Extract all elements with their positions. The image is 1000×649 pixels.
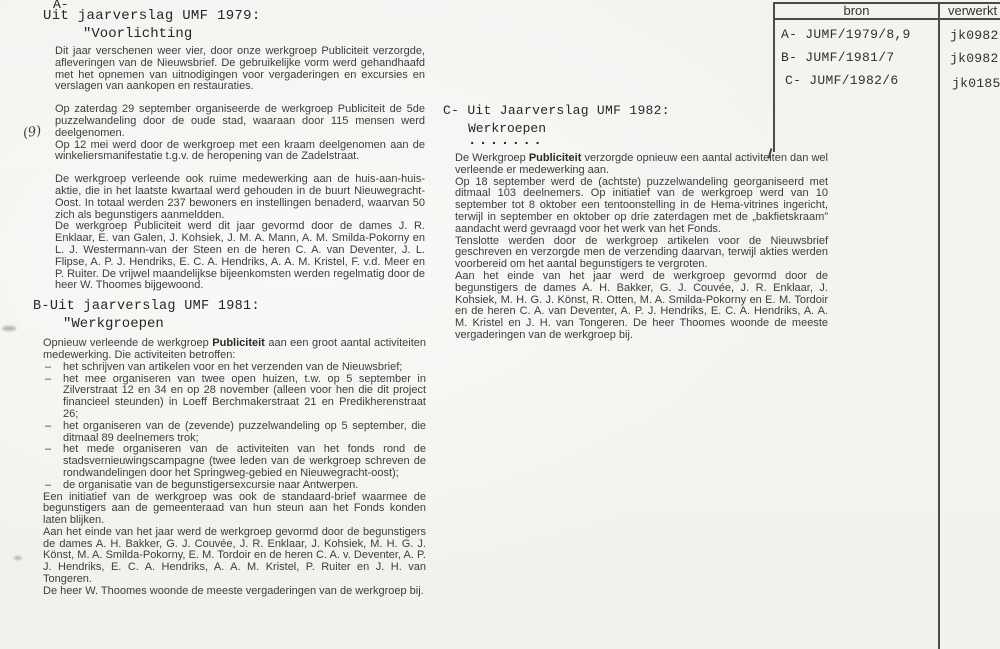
- section-a-title: Uit jaarverslag UMF 1979:: [43, 8, 426, 24]
- table-row-a-verwerkt: jk0982: [950, 28, 999, 43]
- list-item: – de organisatie van de begunstigersexcu…: [43, 480, 426, 492]
- handwritten-margin-note: (9): [22, 124, 43, 142]
- table-row-a-bron: A- JUMF/1979/8,9: [781, 27, 911, 42]
- paragraph: Op 12 mei werd door de werkgroep met een…: [55, 140, 425, 164]
- section-c-title: C- Uit Jaarverslag UMF 1982:: [443, 103, 830, 118]
- section-b-title: B-Uit jaarverslag UMF 1981:: [33, 299, 426, 314]
- list-item: – het mee organiseren van twee open huiz…: [43, 374, 426, 421]
- section-c-body: De Werkgroep Publiciteit verzorgde opnie…: [455, 153, 828, 342]
- left-text-column: A- Uit jaarverslag UMF 1979: "Voorlichti…: [43, 0, 426, 598]
- scanned-document-page: bron verwerkt A- JUMF/1979/8,9 jk0982 B-…: [0, 0, 1000, 649]
- section-b-label: B-: [33, 299, 50, 314]
- table-row-c-bron: C- JUMF/1982/6: [785, 73, 898, 88]
- paragraph: Aan het einde van het jaar werd de werkg…: [455, 271, 828, 342]
- scan-artifact: [2, 326, 16, 331]
- section-b-body: Opnieuw verleende de werkgroep Publicite…: [43, 338, 426, 598]
- paragraph: Op 18 september werd de (achtste) puzzel…: [455, 177, 828, 236]
- section-b-subtitle: "Werkgroepen: [63, 316, 426, 332]
- dash-bullet-icon: –: [43, 480, 63, 492]
- paragraph: Een initiatief van de werkgroep was ook …: [43, 492, 426, 527]
- table-header-bron: bron: [775, 3, 938, 18]
- right-text-column: C- Uit Jaarverslag UMF 1982: Werkroepen …: [443, 103, 830, 342]
- table-header-underline: [773, 18, 1000, 20]
- paragraph: De werkgroep verleende ook ruime medewer…: [55, 174, 425, 221]
- scan-artifact: [14, 556, 22, 560]
- table-row-c-verwerkt: jk0185: [952, 76, 1000, 91]
- section-a-body: Dit jaar verschenen weer vier, door onze…: [55, 46, 425, 292]
- dash-bullet-icon: –: [43, 362, 63, 374]
- section-a-label: A-: [53, 0, 426, 8]
- table-row-b-verwerkt: jk0982: [950, 51, 999, 66]
- list-item: – het mede organiseren van de activiteit…: [43, 444, 426, 479]
- paragraph: De heer W. Thoomes woonde de meeste verg…: [43, 586, 426, 598]
- table-column-divider-line: [938, 2, 940, 649]
- dotted-underline: .......: [468, 133, 830, 146]
- dash-bullet-icon: –: [43, 444, 63, 479]
- section-a-subtitle: "Voorlichting: [83, 26, 426, 42]
- section-c-label: C-: [443, 103, 459, 118]
- table-row-b-bron: B- JUMF/1981/7: [781, 50, 894, 65]
- paragraph: Opnieuw verleende de werkgroep Publicite…: [43, 338, 426, 362]
- paragraph: Tenslotte werden door de werkgroep artik…: [455, 236, 828, 271]
- paragraph: Aan het einde van het jaar werd de werkg…: [43, 527, 426, 586]
- bold-word-publiciteit: Publiciteit: [529, 152, 582, 164]
- list-item: – het schrijven van artikelen voor en he…: [43, 362, 426, 374]
- dash-bullet-icon: –: [43, 374, 63, 421]
- paragraph: De Werkgroep Publiciteit verzorgde opnie…: [455, 153, 828, 177]
- paragraph: Op zaterdag 29 september organiseerde de…: [55, 104, 425, 139]
- table-header-verwerkt: verwerkt: [948, 3, 997, 18]
- paragraph: De werkgroep Publiciteit werd dit jaar g…: [55, 221, 425, 292]
- paragraph: Dit jaar verschenen weer vier, door onze…: [55, 46, 425, 93]
- bold-word-publiciteit: Publiciteit: [212, 337, 265, 349]
- dash-bullet-icon: –: [43, 421, 63, 445]
- list-item: – het organiseren van de (zevende) puzze…: [43, 421, 426, 445]
